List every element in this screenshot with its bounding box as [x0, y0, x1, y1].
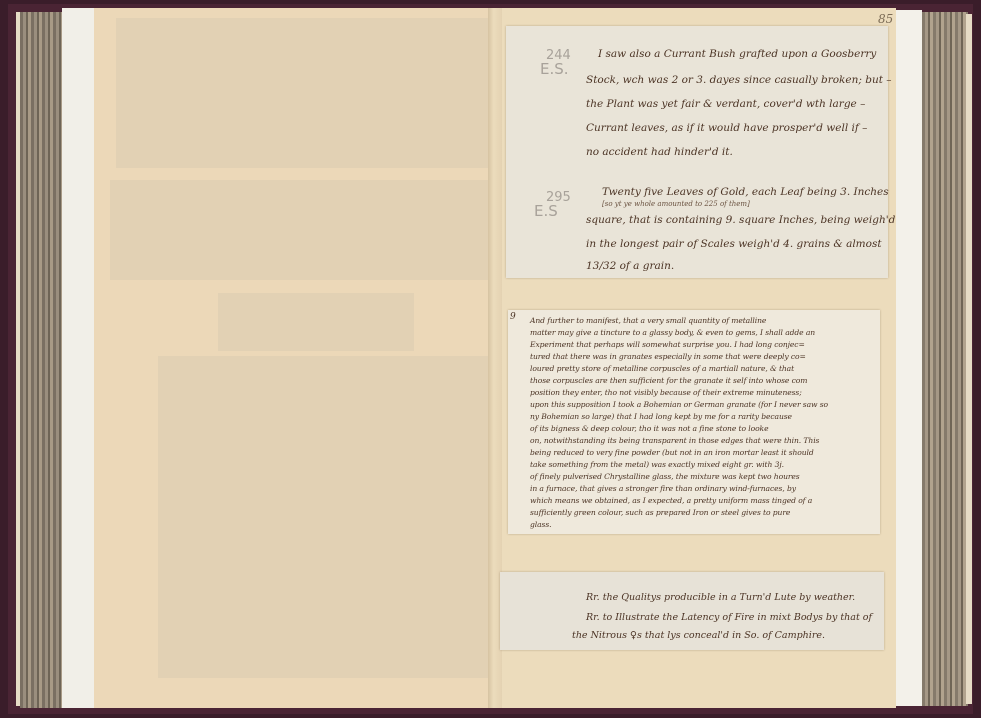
text-line: take something from the metal) was exact…: [530, 460, 784, 469]
text-line: tured that there was in granates especia…: [530, 352, 806, 361]
text-line: on, notwithstanding its being transparen…: [530, 436, 819, 445]
slip-2: 9 And further to manifest, that a very s…: [508, 310, 880, 534]
text-line: those corpuscles are then sufficient for…: [530, 376, 807, 385]
text-line: upon this supposition I took a Bohemian …: [530, 400, 828, 409]
text-line: being reduced to very fine powder (but n…: [530, 448, 814, 457]
right-endpaper-edge: [966, 14, 972, 704]
text-line: Rr. to Illustrate the Latency of Fire in…: [586, 612, 872, 623]
text-line: square, that is containing 9. square Inc…: [586, 214, 895, 226]
ghost-slip-2: [110, 180, 492, 280]
text-line: sufficiently green colour, such as prepa…: [530, 508, 790, 517]
interlinear-note: [so yt ye whole amounted to 225 of them]: [602, 200, 750, 208]
text-line: no accident had hinder'd it.: [586, 146, 733, 158]
pencil-mark: E.S: [534, 202, 558, 220]
text-line: ny Bohemian so large) that I had long ke…: [530, 412, 792, 421]
text-line: Twenty five Leaves of Gold, each Leaf be…: [602, 186, 889, 198]
left-flyleaf: [62, 8, 96, 708]
text-line: Experiment that perhaps will somewhat su…: [530, 340, 805, 349]
slip-3: Rr. the Qualitys producible in a Turn'd …: [500, 572, 884, 650]
text-line: I saw also a Currant Bush grafted upon a…: [598, 48, 876, 60]
text-line: matter may give a tincture to a glassy b…: [530, 328, 815, 337]
text-line: loured pretty store of metalline corpusc…: [530, 364, 794, 373]
text-line: which means we obtained, as I expected, …: [530, 496, 812, 505]
text-line: the Nitrous ♀s that lys conceal'd in So.…: [572, 630, 825, 641]
text-line: And further to manifest, that a very sma…: [530, 316, 766, 325]
text-line: in a furnace, that gives a stronger fire…: [530, 484, 796, 493]
right-page-edges: [922, 12, 968, 706]
text-line: Rr. the Qualitys producible in a Turn'd …: [586, 592, 855, 603]
margin-mark: 9: [510, 312, 516, 322]
text-line: glass.: [530, 520, 551, 529]
ghost-slip-1: [116, 18, 492, 168]
right-flyleaf: [896, 10, 922, 706]
text-line: the Plant was yet fair & verdant, cover'…: [586, 98, 865, 110]
ghost-slip-3: [218, 293, 414, 351]
text-line: Currant leaves, as if it would have pros…: [586, 122, 867, 134]
text-line: of finely pulverised Chrystalline glass,…: [530, 472, 800, 481]
text-line: of its bigness & deep colour, tho it was…: [530, 424, 768, 433]
page-number: 85: [878, 12, 893, 26]
text-line: Stock, wch was 2 or 3. dayes since casua…: [586, 74, 892, 86]
left-page: [94, 8, 494, 708]
pencil-mark: E.S.: [540, 60, 569, 78]
slip-1: 244 E.S. I saw also a Currant Bush graft…: [506, 26, 888, 278]
ghost-slip-4: [158, 356, 488, 678]
text-line: 13/32 of a grain.: [586, 260, 674, 272]
text-line: position they enter, tho not visibly bec…: [530, 388, 802, 397]
text-line: in the longest pair of Scales weigh'd 4.…: [586, 238, 882, 250]
